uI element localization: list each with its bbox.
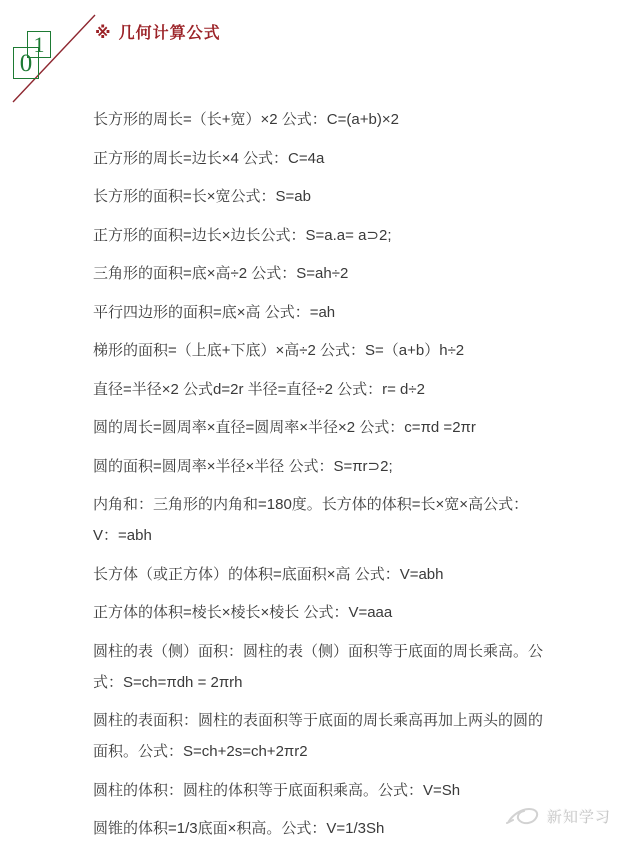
formula-line: 平行四边形的面积=底×高 公式：=ah (93, 297, 550, 328)
brand-logo-icon (503, 799, 547, 833)
formula-line: 圆柱的体积：圆柱的体积等于底面积乘高。公式：V=Sh (93, 775, 550, 806)
formula-line: 长方体（或正方体）的体积=底面积×高 公式：V=abh (93, 559, 550, 590)
formula-line: 圆柱的表（侧）面积：圆柱的表（侧）面积等于底面的周长乘高。公式：S=ch=πdh… (93, 636, 550, 698)
formula-line: 直径=半径×2 公式d=2r 半径=直径÷2 公式：r= d÷2 (93, 374, 550, 405)
title-reference-mark: ※ (95, 25, 112, 42)
formula-line: 正方形的周长=边长×4 公式：C=4a (93, 143, 550, 174)
formula-line: 内角和：三角形的内角和=180度。长方体的体积=长×宽×高公式：V：=abh (93, 489, 550, 551)
formula-line: 圆柱的表面积：圆柱的表面积等于底面的周长乘高再加上两头的圆的面积。公式：S=ch… (93, 705, 550, 767)
formula-line: 圆的周长=圆周率×直径=圆周率×半径×2 公式：c=πd =2πr (93, 412, 550, 443)
document-page: 1 0 ※几何计算公式 长方形的周长=（长+宽）×2 公式：C=(a+b)×2正… (0, 0, 635, 845)
page-title-text: 几何计算公式 (119, 25, 221, 42)
watermark: 新知学习 (503, 798, 628, 834)
formula-line: 长方形的周长=（长+宽）×2 公式：C=(a+b)×2 (93, 104, 550, 135)
formula-line: 圆的面积=圆周率×半径×半径 公式：S=πr⊃2; (93, 451, 550, 482)
watermark-text: 新知学习 (547, 806, 611, 827)
formula-line: 梯形的面积=（上底+下底）×高÷2 公式：S=（a+b）h÷2 (93, 335, 550, 366)
formula-list: 长方形的周长=（长+宽）×2 公式：C=(a+b)×2正方形的周长=边长×4 公… (93, 104, 550, 845)
formula-line: 正方体的体积=棱长×棱长×棱长 公式：V=aaa (93, 597, 550, 628)
formula-line: 正方形的面积=边长×边长公式：S=a.a= a⊃2; (93, 220, 550, 251)
page-title: ※几何计算公式 (95, 20, 221, 43)
stamp-digit-bottom: 0 (13, 47, 39, 79)
formula-line: 圆锥的体积=1/3底面×积高。公式：V=1/3Sh (93, 813, 550, 844)
formula-line: 三角形的面积=底×高÷2 公式：S=ah÷2 (93, 258, 550, 289)
formula-line: 长方形的面积=长×宽公式：S=ab (93, 181, 550, 212)
